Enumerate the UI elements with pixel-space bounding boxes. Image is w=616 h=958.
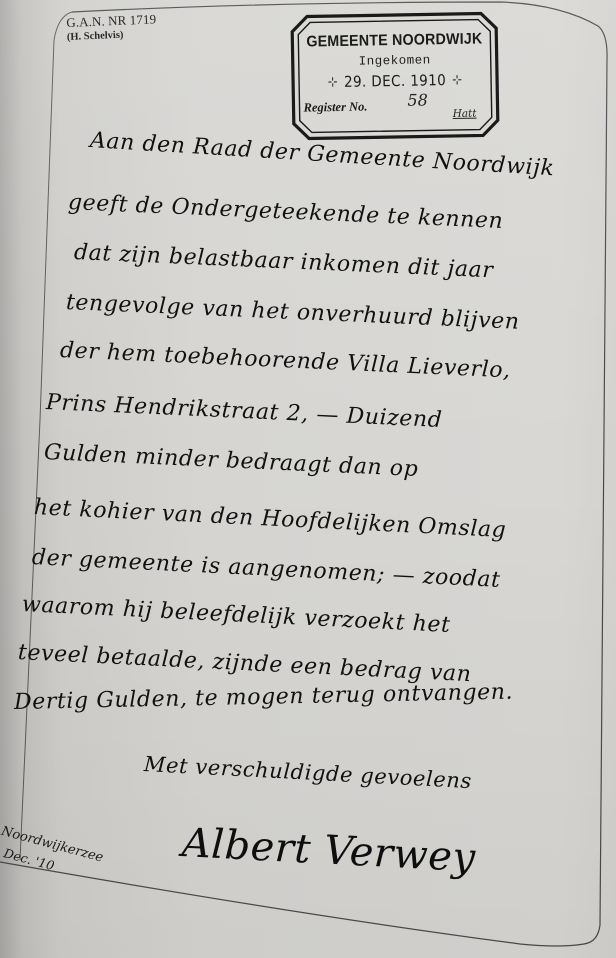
stamp-register-number: 58 xyxy=(407,90,428,109)
stamp-register-initials: Hatt xyxy=(453,108,477,120)
stamp-municipality: GEMEENTE NOORDWIJK xyxy=(298,30,491,51)
received-stamp: GEMEENTE NOORDWIJK Ingekomen ⊹29. DEC. 1… xyxy=(289,10,501,142)
archive-reference: G.A.N. NR 1719 (H. Schelvis) xyxy=(66,11,157,43)
stamp-date-row: ⊹29. DEC. 1910⊹ xyxy=(290,70,500,92)
ornament-right-icon: ⊹ xyxy=(452,73,462,88)
ornament-left-icon: ⊹ xyxy=(328,75,338,90)
stamp-register-label: Register No. xyxy=(303,99,367,115)
stamp-date: 29. DEC. 1910 xyxy=(344,71,446,91)
